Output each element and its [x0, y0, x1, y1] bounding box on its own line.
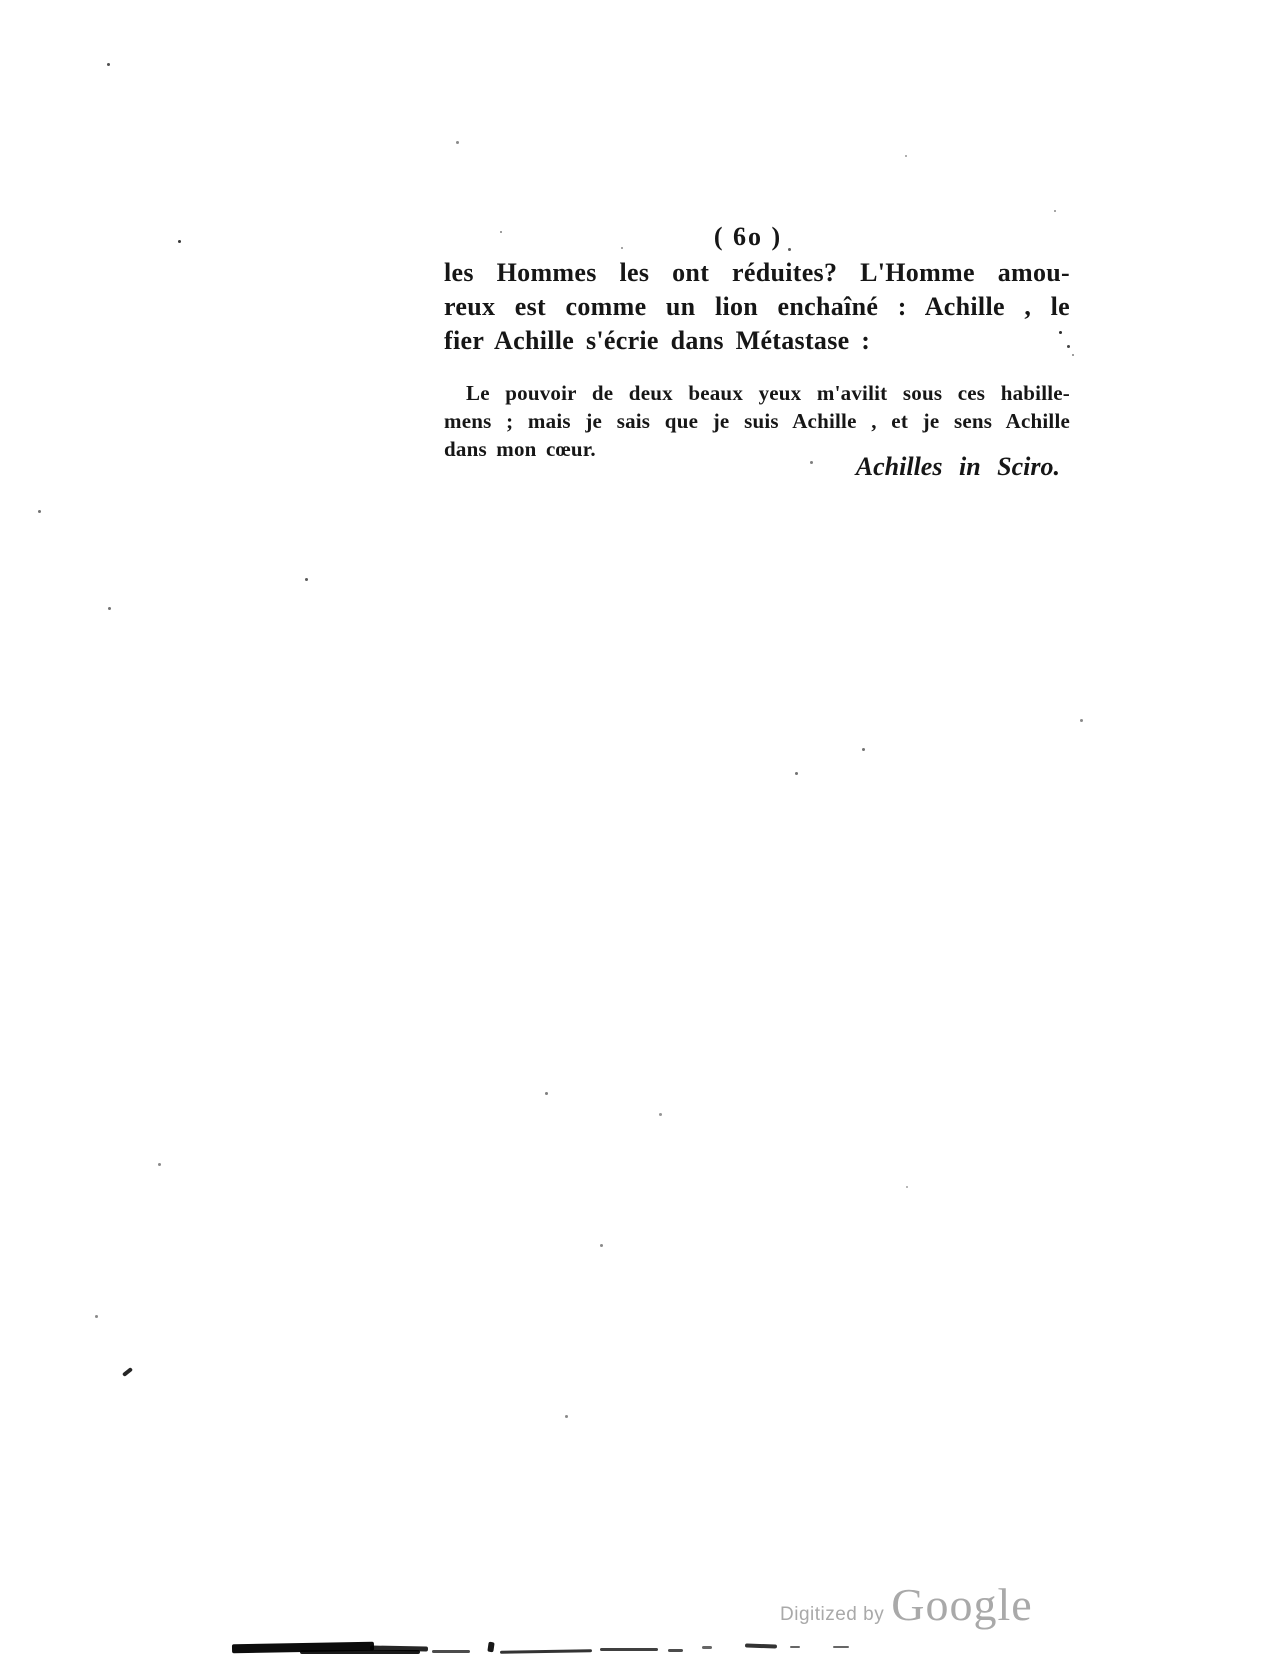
- quote-line: Le pouvoir de deux beaux yeux m'avilit s…: [444, 379, 1070, 407]
- ink-speck: [38, 510, 41, 513]
- scan-edge-smudge: [487, 1642, 494, 1653]
- ink-speck: [795, 772, 798, 775]
- scan-edge-smudge: [232, 1642, 374, 1653]
- scan-edge-smudge: [300, 1650, 420, 1654]
- ink-speck: [1080, 719, 1083, 722]
- ink-speck: [862, 748, 865, 751]
- paragraph-line: fier Achille s'écrie dans Métastase :: [444, 324, 1070, 358]
- ink-speck: [158, 1163, 161, 1166]
- scan-edge-smudge: [668, 1649, 683, 1652]
- main-paragraph: les Hommes les ont réduites? L'Homme amo…: [444, 256, 1070, 358]
- ink-speck: [906, 1186, 908, 1188]
- ink-speck: [905, 155, 907, 157]
- scan-edge-smudge: [790, 1646, 800, 1648]
- ink-speck: [95, 1315, 98, 1318]
- scan-edge-smudge: [370, 1645, 428, 1651]
- ink-speck: [178, 240, 181, 243]
- digitized-by-label: Digitized by: [780, 1604, 884, 1626]
- paragraph-line: les Hommes les ont réduites? L'Homme amo…: [444, 256, 1070, 290]
- scan-edge-smudge: [432, 1650, 470, 1653]
- scan-edge-smudge: [745, 1643, 777, 1648]
- google-watermark: Digitized by Google: [780, 1582, 1033, 1628]
- ink-speck: [305, 578, 308, 581]
- scanned-book-page: ( 6o ) les Hommes les ont réduites? L'Ho…: [0, 0, 1280, 1655]
- scan-edge-smudge: [833, 1646, 849, 1648]
- google-logo: Google: [891, 1582, 1032, 1628]
- page-number: ( 6o ): [444, 222, 1052, 252]
- ink-speck: [600, 1244, 603, 1247]
- ink-speck: [1054, 210, 1056, 212]
- ink-speck: [659, 1113, 662, 1116]
- quote-line: mens ; mais je sais que je suis Achille …: [444, 407, 1070, 435]
- scan-edge-smudge: [702, 1646, 712, 1649]
- ink-speck: [108, 607, 111, 610]
- scan-edge-smudge: [500, 1649, 592, 1654]
- ink-speck: [565, 1415, 568, 1418]
- ink-speck: [107, 63, 110, 66]
- scan-edge-smudge: [122, 1367, 133, 1377]
- ink-speck: [456, 141, 459, 144]
- scan-edge-smudge: [600, 1648, 658, 1651]
- quote-attribution: Achilles in Sciro.: [444, 452, 1070, 482]
- ink-speck: [545, 1092, 548, 1095]
- ink-speck: [1072, 354, 1074, 356]
- paragraph-line: reux est comme un lion enchaîné : Achill…: [444, 290, 1070, 324]
- block-quote: Le pouvoir de deux beaux yeux m'avilit s…: [444, 379, 1070, 463]
